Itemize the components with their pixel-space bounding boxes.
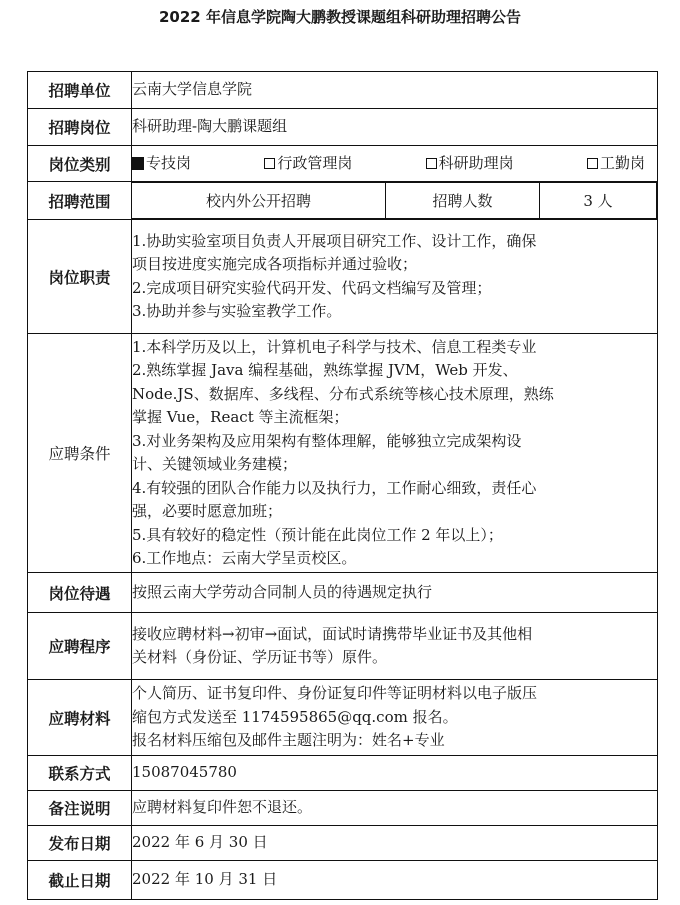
checkbox-checked-icon xyxy=(132,157,144,170)
row-remarks: 备注说明 应聘材料复印件恕不退还。 xyxy=(28,791,658,826)
duties-line: 2.完成项目研究实验代码开发、代码文档编写及管理； xyxy=(132,277,657,301)
checkbox-empty-icon xyxy=(587,158,598,169)
duties-line: 3.协助并参与实验室教学工作。 xyxy=(132,300,657,324)
contact-label: 联系方式 xyxy=(28,756,132,791)
deadline-label: 截止日期 xyxy=(28,861,132,900)
requirements-line: 掌握 Vue，React 等主流框架； xyxy=(132,406,657,430)
checkbox-empty-icon xyxy=(426,158,437,169)
requirements-line: 计、关键领域业务建模； xyxy=(132,453,657,477)
requirements-label: 应聘条件 xyxy=(28,334,132,573)
scope-value: 校内外公开招聘 xyxy=(132,183,386,219)
category-option-admin[interactable]: 行政管理岗 xyxy=(264,152,352,176)
row-category: 岗位类别 专技岗 行政管理岗 科研助理岗 工勤岗 xyxy=(28,146,658,182)
materials-line: 个人简历、证书复印件、身份证复印件等证明材料以电子版压 xyxy=(132,682,657,706)
benefits-label: 岗位待遇 xyxy=(28,573,132,613)
duties-line: 1.协助实验室项目负责人开展项目研究工作、设计工作，确保 xyxy=(132,230,657,254)
scope-label: 招聘范围 xyxy=(28,182,132,220)
category-option-label: 科研助理岗 xyxy=(439,152,514,176)
category-option-label: 工勤岗 xyxy=(600,152,645,176)
requirements-text: 1.本科学历及以上，计算机电子科学与技术、信息工程类专业 2.熟练掌握 Java… xyxy=(132,334,658,573)
contact-value: 15087045780 xyxy=(132,756,658,791)
requirements-line: 3.对业务架构及应用架构有整体理解，能够独立完成架构设 xyxy=(132,430,657,454)
category-option-research-assistant[interactable]: 科研助理岗 xyxy=(426,152,514,176)
requirements-line: Node.JS、数据库、多线程、分布式系统等核心技术原理，熟练 xyxy=(132,383,657,407)
row-contact: 联系方式 15087045780 xyxy=(28,756,658,791)
position-value: 科研助理-陶大鹏课题组 xyxy=(132,109,658,146)
category-label: 岗位类别 xyxy=(28,146,132,182)
materials-line: 报名材料压缩包及邮件主题注明为：姓名+专业 xyxy=(132,729,657,753)
recruitment-table: 招聘单位 云南大学信息学院 招聘岗位 科研助理-陶大鹏课题组 岗位类别 专技岗 … xyxy=(27,71,658,900)
row-materials: 应聘材料 个人简历、证书复印件、身份证复印件等证明材料以电子版压 缩包方式发送至… xyxy=(28,680,658,756)
materials-line: 缩包方式发送至 1174595865@qq.com 报名。 xyxy=(132,706,657,730)
category-option-service[interactable]: 工勤岗 xyxy=(587,152,645,176)
row-scope: 招聘范围 校内外公开招聘 招聘人数 3 人 xyxy=(28,182,658,220)
requirements-line: 4.有较强的团队合作能力以及执行力，工作耐心细致，责任心 xyxy=(132,477,657,501)
deadline-value: 2022 年 10 月 31 日 xyxy=(132,861,658,900)
category-option-label: 专技岗 xyxy=(146,152,191,176)
row-benefits: 岗位待遇 按照云南大学劳动合同制人员的待遇规定执行 xyxy=(28,573,658,613)
requirements-line: 2.熟练掌握 Java 编程基础，熟练掌握 JVM，Web 开发、 xyxy=(132,359,657,383)
row-deadline: 截止日期 2022 年 10 月 31 日 xyxy=(28,861,658,900)
publish-date-value: 2022 年 6 月 30 日 xyxy=(132,826,658,861)
row-requirements: 应聘条件 1.本科学历及以上，计算机电子科学与技术、信息工程类专业 2.熟练掌握… xyxy=(28,334,658,573)
materials-text: 个人简历、证书复印件、身份证复印件等证明材料以电子版压 缩包方式发送至 1174… xyxy=(132,680,658,756)
publish-date-label: 发布日期 xyxy=(28,826,132,861)
document-title: 2022 年信息学院陶大鹏教授课题组科研助理招聘公告 xyxy=(0,6,680,27)
duties-text: 1.协助实验室项目负责人开展项目研究工作、设计工作，确保 项目按进度实施完成各项… xyxy=(132,220,658,334)
row-position: 招聘岗位 科研助理-陶大鹏课题组 xyxy=(28,109,658,146)
requirements-line: 6.工作地点：云南大学呈贡校区。 xyxy=(132,547,657,571)
category-option-label: 行政管理岗 xyxy=(277,152,352,176)
requirements-line: 强，必要时愿意加班； xyxy=(132,500,657,524)
count-value: 3 人 xyxy=(540,183,657,219)
checkbox-empty-icon xyxy=(264,158,275,169)
duties-label: 岗位职责 xyxy=(28,220,132,334)
procedure-text: 接收应聘材料→初审→面试，面试时请携带毕业证书及其他相 关材料（身份证、学历证书… xyxy=(132,613,658,680)
count-label: 招聘人数 xyxy=(386,183,540,219)
duties-line: 项目按进度实施完成各项指标并通过验收； xyxy=(132,253,657,277)
category-option-tech[interactable]: 专技岗 xyxy=(132,152,191,176)
category-options: 专技岗 行政管理岗 科研助理岗 工勤岗 xyxy=(132,146,658,182)
remarks-label: 备注说明 xyxy=(28,791,132,826)
procedure-line: 关材料（身份证、学历证书等）原件。 xyxy=(132,646,657,670)
row-duties: 岗位职责 1.协助实验室项目负责人开展项目研究工作、设计工作，确保 项目按进度实… xyxy=(28,220,658,334)
procedure-line: 接收应聘材料→初审→面试，面试时请携带毕业证书及其他相 xyxy=(132,623,657,647)
row-unit: 招聘单位 云南大学信息学院 xyxy=(28,72,658,109)
requirements-line: 5.具有较好的稳定性（预计能在此岗位工作 2 年以上）； xyxy=(132,524,657,548)
row-procedure: 应聘程序 接收应聘材料→初审→面试，面试时请携带毕业证书及其他相 关材料（身份证… xyxy=(28,613,658,680)
position-label: 招聘岗位 xyxy=(28,109,132,146)
remarks-value: 应聘材料复印件恕不退还。 xyxy=(132,791,658,826)
requirements-line: 1.本科学历及以上，计算机电子科学与技术、信息工程类专业 xyxy=(132,336,657,360)
procedure-label: 应聘程序 xyxy=(28,613,132,680)
row-publish-date: 发布日期 2022 年 6 月 30 日 xyxy=(28,826,658,861)
materials-label: 应聘材料 xyxy=(28,680,132,756)
benefits-value: 按照云南大学劳动合同制人员的待遇规定执行 xyxy=(132,573,658,613)
unit-value: 云南大学信息学院 xyxy=(132,72,658,109)
unit-label: 招聘单位 xyxy=(28,72,132,109)
